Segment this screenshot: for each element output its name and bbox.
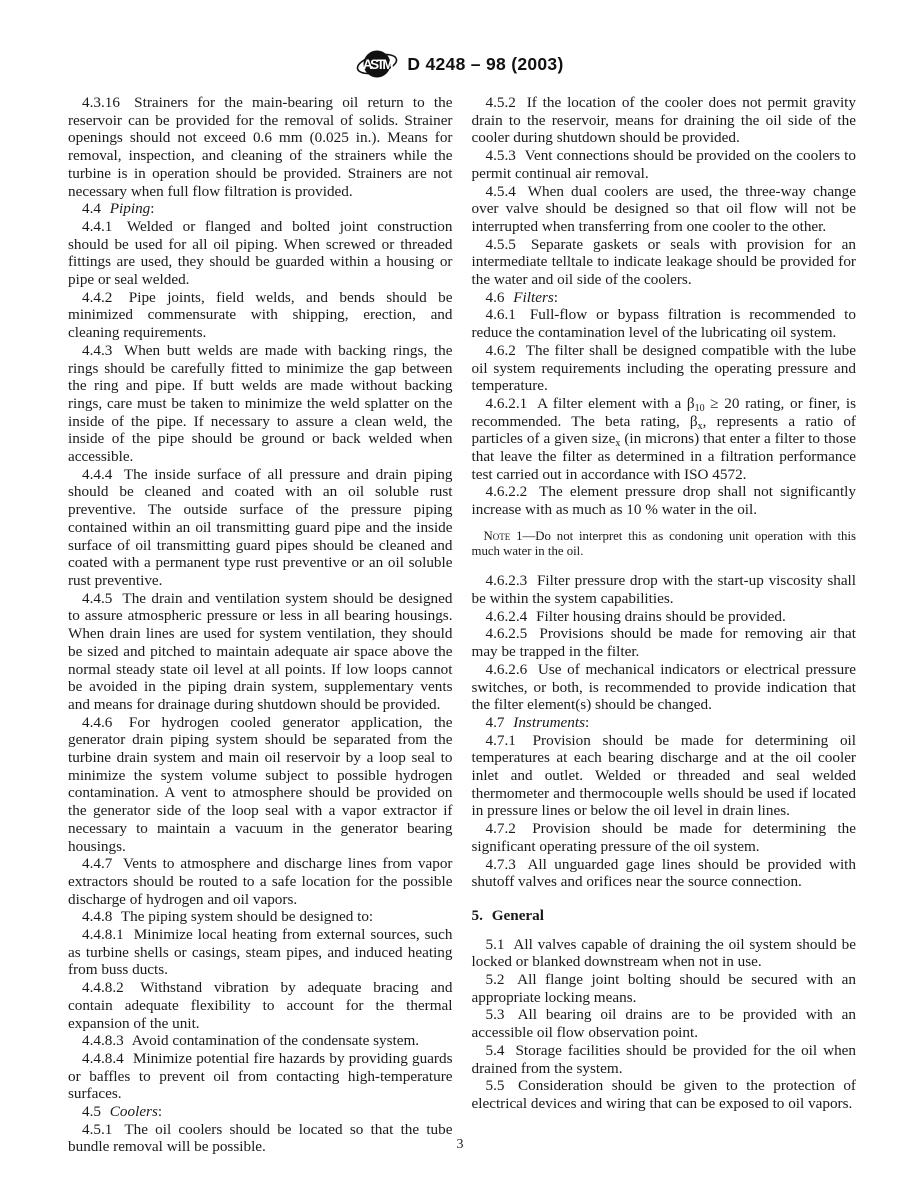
section-number: 4.5.4 <box>486 183 521 200</box>
paragraph: 4.7.2 Provision should be made for deter… <box>472 820 857 855</box>
paragraph-text: Strainers for the main-bearing oil retur… <box>68 94 453 200</box>
page-header: ASTM D 4248 – 98 (2003) <box>0 0 920 84</box>
paragraph: 4.4.6 For hydrogen cooled generator appl… <box>68 714 453 856</box>
paragraph: 4.6.2.6 Use of mechanical indicators or … <box>472 661 857 714</box>
section-title: 4.6 Filters: <box>472 289 857 307</box>
section-name: Filters <box>509 289 553 306</box>
section-suffix: : <box>585 714 589 731</box>
paragraph-text: Consideration should be given to the pro… <box>472 1077 857 1112</box>
paragraph: 4.5.2 If the location of the cooler does… <box>472 94 857 147</box>
paragraph: 4.6.2.4 Filter housing drains should be … <box>472 608 857 626</box>
note-paragraph: Note 1—Do not interpret this as condonin… <box>472 529 857 559</box>
section-suffix: : <box>150 200 154 217</box>
paragraph: 4.4.4 The inside surface of all pressure… <box>68 466 453 590</box>
section-number: 4.6.2.6 <box>486 661 533 678</box>
paragraph-text: Full-flow or bypass filtration is recomm… <box>472 306 857 341</box>
astm-logo-icon: ASTM <box>356 46 398 82</box>
section-number: 4.3.16 <box>82 94 125 111</box>
paragraph-text: Separate gaskets or seals with provision… <box>472 236 857 288</box>
paragraph-text: The filter shall be designed compatible … <box>472 342 857 394</box>
section-number: 4.6.2.4 <box>486 608 533 625</box>
paragraph: 4.6.1 Full-flow or bypass filtration is … <box>472 306 857 341</box>
section-number: Note 1 <box>484 529 523 543</box>
paragraph: 4.5.3 Vent connections should be provide… <box>472 147 857 182</box>
document-body: 4.3.16 Strainers for the main-bearing oi… <box>0 84 920 1156</box>
paragraph-text: Vent connections should be provided on t… <box>472 147 857 182</box>
section-suffix: : <box>554 289 558 306</box>
paragraph: 4.7.1 Provision should be made for deter… <box>472 732 857 821</box>
section-name: Instruments <box>509 714 585 731</box>
section-number: 5.2 <box>486 971 510 988</box>
section-number: 4.6.2.1 <box>486 395 533 412</box>
section-number: 4.6 <box>486 289 510 306</box>
left-column: 4.3.16 Strainers for the main-bearing oi… <box>68 94 453 1156</box>
section-number: 4.4.5 <box>82 590 117 607</box>
paragraph: 4.4.8.3 Avoid contamination of the conde… <box>68 1032 453 1050</box>
paragraph-text: Filter housing drains should be provided… <box>532 608 786 625</box>
section-title: 4.7 Instruments: <box>472 714 857 732</box>
section-number: 4.4.2 <box>82 289 117 306</box>
paragraph-text: The drain and ventilation system should … <box>68 590 453 713</box>
paragraph: 4.6.2.2 The element pressure drop shall … <box>472 483 857 518</box>
paragraph: 4.6.2 The filter shall be designed compa… <box>472 342 857 395</box>
section-number: 4.7.1 <box>486 732 521 749</box>
paragraph-text: Welded or flanged and bolted joint const… <box>68 218 453 288</box>
section-number: 5.5 <box>486 1077 510 1094</box>
section-number: 4.6.1 <box>486 306 521 323</box>
section-number: 4.5.5 <box>486 236 521 253</box>
section-number: 4.6.2.5 <box>486 625 533 642</box>
paragraph: 4.7.3 All unguarded gage lines should be… <box>472 856 857 891</box>
section-number: 4.5.1 <box>82 1121 117 1138</box>
page-number: 3 <box>457 1137 464 1152</box>
section-number: 4.4.8.3 <box>82 1032 129 1049</box>
section-number: 4.7 <box>486 714 510 731</box>
paragraph-text: Provision should be made for determining… <box>472 820 857 855</box>
paragraph: 5.1 All valves capable of draining the o… <box>472 936 857 971</box>
section-number: 4.4.1 <box>82 218 117 235</box>
paragraph: 5.4 Storage facilities should be provide… <box>472 1042 857 1077</box>
section-number: 4.5.3 <box>486 147 521 164</box>
section-number: 4.7.3 <box>486 856 521 873</box>
paragraph: 4.4.7 Vents to atmosphere and discharge … <box>68 855 453 908</box>
paragraph-text: If the location of the cooler does not p… <box>472 94 857 146</box>
paragraph: 4.4.2 Pipe joints, field welds, and bend… <box>68 289 453 342</box>
section-number: 4.5 <box>82 1103 106 1120</box>
paragraph-text: All flange joint bolting should be secur… <box>472 971 857 1006</box>
paragraph-text: Provision should be made for determining… <box>472 732 857 820</box>
paragraph: 4.4.5 The drain and ventilation system s… <box>68 590 453 714</box>
paragraph-text: When dual coolers are used, the three-wa… <box>472 183 857 235</box>
paragraph-text: Storage facilities should be provided fo… <box>472 1042 857 1077</box>
paragraph-text: The inside surface of all pressure and d… <box>68 466 453 589</box>
paragraph: 5.5 Consideration should be given to the… <box>472 1077 857 1112</box>
section-number: 4.4.8.4 <box>82 1050 129 1067</box>
section-number: 4.4.6 <box>82 714 117 731</box>
paragraph: 4.6.2.1 A filter element with a β10 ≥ 20… <box>472 395 857 484</box>
svg-text:ASTM: ASTM <box>363 57 394 72</box>
paragraph: 4.6.2.3 Filter pressure drop with the st… <box>472 572 857 607</box>
page-footer: 3 <box>0 1137 920 1153</box>
paragraph: 4.4.8.1 Minimize local heating from exte… <box>68 926 453 979</box>
section-number: 4.4.8.1 <box>82 926 129 943</box>
paragraph: 4.4.8 The piping system should be design… <box>68 908 453 926</box>
paragraph: 4.4.8.4 Minimize potential fire hazards … <box>68 1050 453 1103</box>
paragraph-text: —Do not interpret this as condoning unit… <box>472 529 857 558</box>
section-number: 4.6.2 <box>486 342 521 359</box>
document-code: D 4248 – 98 (2003) <box>407 54 563 75</box>
section-number: 4.7.2 <box>486 820 521 837</box>
paragraph-text: Avoid contamination of the condensate sy… <box>129 1032 419 1049</box>
section-number: 4.4.8.2 <box>82 979 129 996</box>
paragraph-text: Vents to atmosphere and discharge lines … <box>68 855 453 907</box>
paragraph: 4.5.5 Separate gaskets or seals with pro… <box>472 236 857 289</box>
clause-heading: 5. General <box>472 907 857 925</box>
paragraph: 4.4.3 When butt welds are made with back… <box>68 342 453 466</box>
paragraph: 4.4.1 Welded or flanged and bolted joint… <box>68 218 453 289</box>
paragraph: 4.3.16 Strainers for the main-bearing oi… <box>68 94 453 200</box>
section-number: 4.6.2.3 <box>486 572 533 589</box>
section-number: 4.4.4 <box>82 466 117 483</box>
document-page: ASTM D 4248 – 98 (2003) 4.3.16 Strainers… <box>0 0 920 1191</box>
paragraph-text: All unguarded gage lines should be provi… <box>472 856 857 891</box>
section-number: 4.4.8 <box>82 908 117 925</box>
paragraph-text: The piping system should be designed to: <box>117 908 373 925</box>
section-title: 4.5 Coolers: <box>68 1103 453 1121</box>
section-number: 4.4.3 <box>82 342 117 359</box>
section-title: 4.4 Piping: <box>68 200 453 218</box>
paragraph-text: General <box>488 907 544 924</box>
section-number: 4.5.2 <box>486 94 521 111</box>
paragraph-text: All bearing oil drains are to be provide… <box>472 1006 857 1041</box>
section-name: Coolers <box>106 1103 158 1120</box>
paragraph: 4.6.2.5 Provisions should be made for re… <box>472 625 857 660</box>
section-suffix: : <box>158 1103 162 1120</box>
section-number: 4.4 <box>82 200 106 217</box>
paragraph: 5.2 All flange joint bolting should be s… <box>472 971 857 1006</box>
section-number: 4.4.7 <box>82 855 117 872</box>
paragraph-text: When butt welds are made with backing ri… <box>68 342 453 465</box>
right-column: 4.5.2 If the location of the cooler does… <box>472 94 857 1156</box>
paragraph-text: Pipe joints, field welds, and bends shou… <box>68 289 453 341</box>
paragraph-text: All valves capable of draining the oil s… <box>472 936 857 971</box>
section-name: Piping <box>106 200 150 217</box>
paragraph: 4.5.4 When dual coolers are used, the th… <box>472 183 857 236</box>
section-number: 5.1 <box>486 936 510 953</box>
section-number: 4.6.2.2 <box>486 483 533 500</box>
paragraph: 5.3 All bearing oil drains are to be pro… <box>472 1006 857 1041</box>
paragraph-text: For hydrogen cooled generator applicatio… <box>68 714 453 855</box>
section-number: 5. <box>472 907 488 924</box>
section-number: 5.4 <box>486 1042 510 1059</box>
paragraph: 4.4.8.2 Withstand vibration by adequate … <box>68 979 453 1032</box>
section-number: 5.3 <box>486 1006 510 1023</box>
